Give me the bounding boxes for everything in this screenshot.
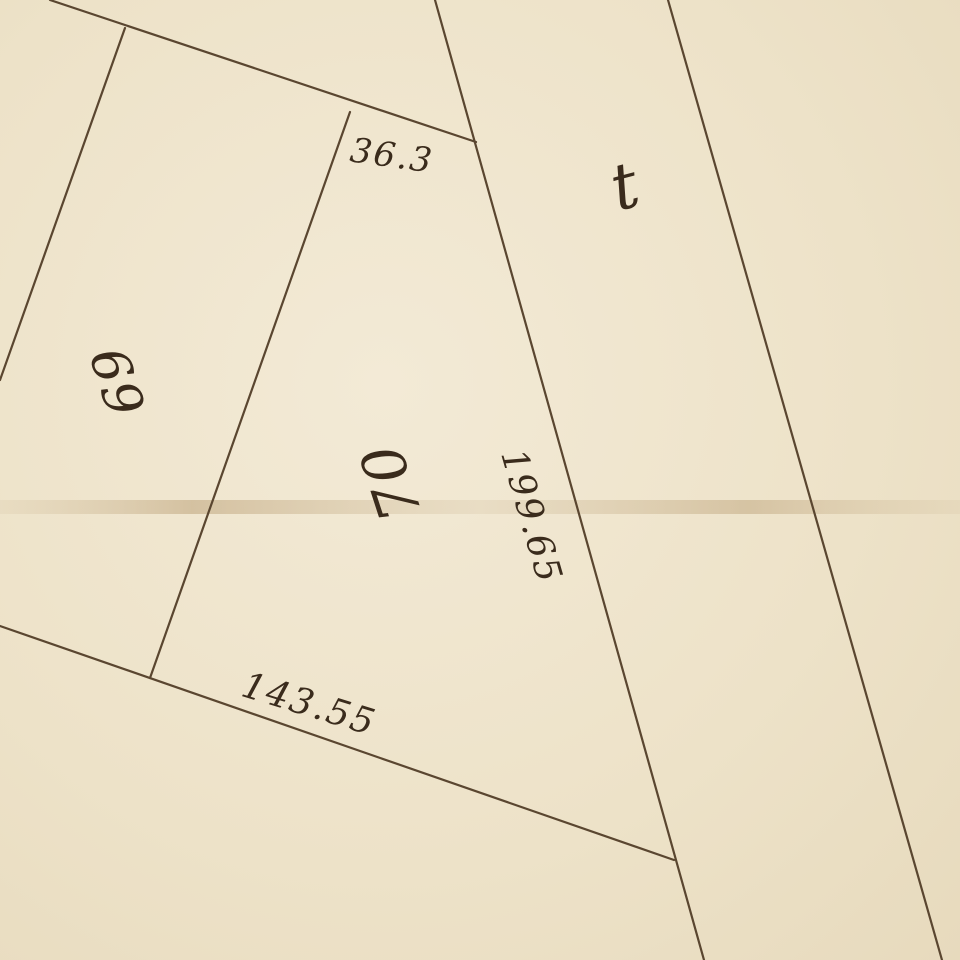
lot-line-69-70	[150, 112, 350, 678]
street-edge-east	[668, 0, 942, 960]
lot-line-70-east	[435, 0, 704, 960]
survey-plat-map: 69 70 t 36.3 199.65 143.55	[0, 0, 960, 960]
paper-fold-crease	[0, 500, 960, 514]
lot-line-south	[0, 626, 674, 860]
lot-line-north	[50, 0, 476, 142]
lot-line-69-west	[0, 28, 125, 380]
boundary-lines	[0, 0, 960, 960]
